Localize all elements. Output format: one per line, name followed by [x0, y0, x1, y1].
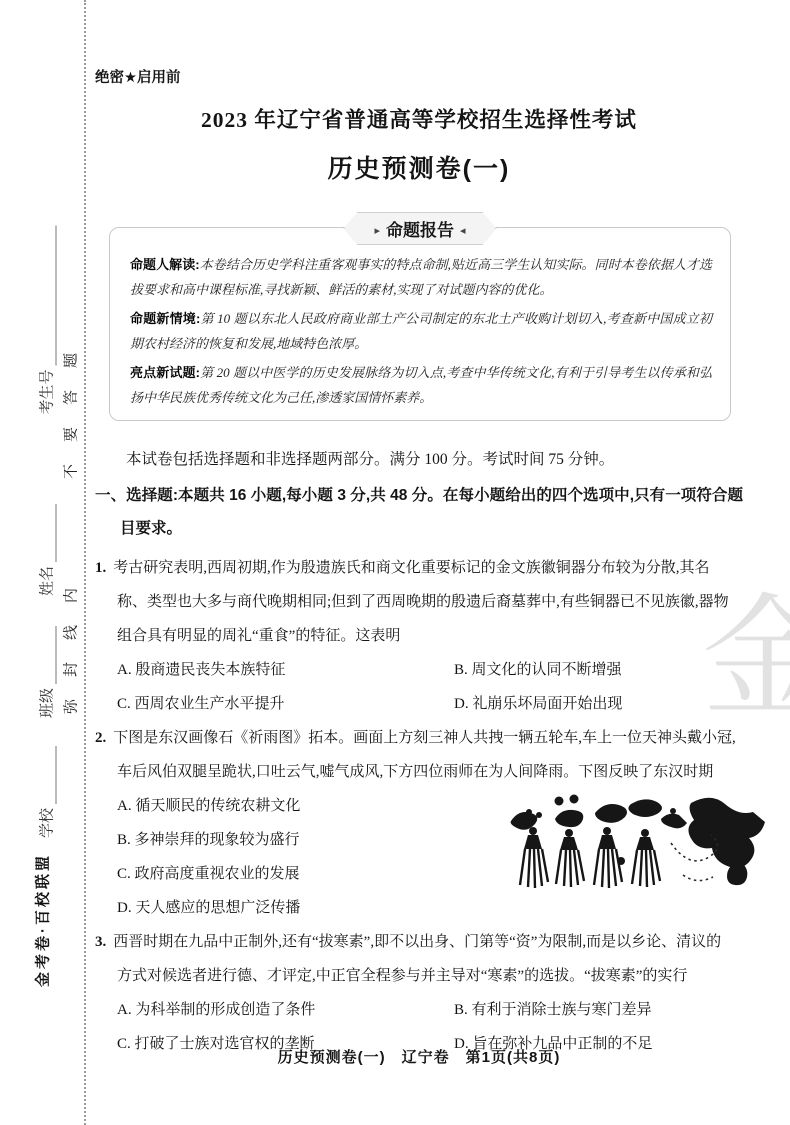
option-c: C. 西周农业生产水平提升	[117, 687, 454, 721]
question-line: 2.下图是东汉画像石《祈雨图》拓本。画面上方刻三神人共拽一辆五轮车,车上一位天神…	[95, 721, 743, 755]
name-label: 姓名	[36, 566, 57, 596]
exam-paper-page: 金 考生号 姓名 班级 学校 不要答题 弥封线内 金考卷·百校联盟 绝密★启用前…	[0, 0, 790, 1125]
option-stack: A. 循天顺民的传统农耕文化 B. 多神崇拜的现象较为盛行 C. 政府高度重视农…	[95, 789, 477, 925]
option-c: C. 政府高度重视农业的发展	[117, 857, 477, 891]
page-footer: 历史预测卷(一) 辽宁卷 第1页(共8页)	[95, 1046, 743, 1067]
question-number: 1.	[95, 560, 106, 576]
secret-label: 绝密★启用前	[95, 66, 743, 87]
main-content: 绝密★启用前 2023 年辽宁省普通高等学校招生选择性考试 历史预测卷(一) ▸…	[95, 0, 743, 1061]
class-field: 班级	[36, 626, 57, 718]
report-lead: 亮点新试题:	[130, 365, 200, 380]
candidate-number-field: 考生号	[36, 225, 57, 414]
name-field: 姓名	[36, 504, 57, 596]
report-lead: 命题人解读:	[130, 257, 200, 272]
report-paragraph: 亮点新试题:第 20 题以中医学的历史发展脉络为切入点,考查中华传统文化,有利于…	[130, 360, 712, 410]
question-line: 车后风伯双腿呈跪状,口吐云气,嘘气成风,下方四位雨师在为人间降雨。下图反映了东汉…	[95, 755, 743, 789]
question-line: 1.考古研究表明,西周初期,作为殷遗族氏和商文化重要标记的金文族徽铜器分布较为分…	[95, 551, 743, 585]
class-label: 班级	[36, 688, 57, 718]
exam-intro: 本试卷包括选择题和非选择题两部分。满分 100 分。考试时间 75 分钟。	[95, 447, 743, 469]
question-line: 组合具有明显的周礼“重食”的特征。这表明	[95, 619, 743, 653]
option-row: C. 西周农业生产水平提升 D. 礼崩乐坏局面开始出现	[95, 687, 743, 721]
field-blank-line	[55, 746, 57, 804]
option-a: A. 为科举制的形成创造了条件	[117, 993, 454, 1027]
field-blank-line	[55, 225, 57, 365]
question-2: 2.下图是东汉画像石《祈雨图》拓本。画面上方刻三神人共拽一辆五轮车,车上一位天神…	[95, 721, 743, 925]
report-paragraph: 命题新情境:第 10 题以东北人民政府商业部土产公司制定的东北土产收购计划切入,…	[130, 306, 712, 356]
badge-left-arrow-icon: ▸	[368, 225, 386, 237]
option-d: D. 天人感应的思想广泛传播	[117, 891, 477, 925]
candidate-number-label: 考生号	[36, 369, 57, 414]
seal-warning-upper: 不要答题	[60, 331, 81, 479]
option-a: A. 殷商遗民丧失本族特征	[117, 653, 454, 687]
exam-title: 2023 年辽宁省普通高等学校招生选择性考试	[95, 103, 743, 134]
seal-warning-lower: 弥封线内	[60, 566, 81, 714]
option-b: B. 周文化的认同不断增强	[454, 653, 622, 687]
paper-title: 历史预测卷(一)	[95, 149, 743, 185]
field-blank-line	[55, 504, 57, 562]
question-line: 称、类型也大多与商代晚期相同;但到了西周晚期的殷遗后裔墓葬中,有些铜器已不见族徽…	[95, 585, 743, 619]
report-text: 第 20 题以中医学的历史发展脉络为切入点,考查中华传统文化,有利于引导考生以传…	[130, 365, 712, 405]
section1-header: 一、选择题:本题共 16 小题,每小题 3 分,共 48 分。在每小题给出的四个…	[95, 479, 743, 545]
option-b: B. 多神崇拜的现象较为盛行	[117, 823, 477, 857]
badge-right-arrow-icon: ◂	[454, 225, 472, 237]
question-line: 方式对候选者进行德、才评定,中正官全程参与并主导对“寒素”的选拔。“拔寒素”的实…	[95, 959, 743, 993]
option-b: B. 有利于消除士族与寒门差异	[454, 993, 652, 1027]
report-badge-label: 命题报告	[386, 221, 454, 240]
question-3: 3.西晋时期在九品中正制外,还有“拔寒素”,即不以出身、门第等“资”为限制,而是…	[95, 925, 743, 1061]
question-number: 3.	[95, 934, 106, 950]
report-lead: 命题新情境:	[130, 311, 200, 326]
report-text: 本卷结合历史学科注重客观事实的特点命制,贴近高三学生认知实际。同时本卷依据人才选…	[130, 257, 712, 297]
option-d: D. 礼崩乐坏局面开始出现	[454, 687, 622, 721]
publisher-brand: 金考卷·百校联盟	[32, 853, 53, 987]
question-text: 考古研究表明,西周初期,作为殷遗族氏和商文化重要标记的金文族徽铜器分布较为分散,…	[113, 560, 709, 576]
question-number: 2.	[95, 730, 106, 746]
field-blank-line	[55, 626, 57, 684]
qiyutu-rubbing-image	[503, 791, 769, 895]
report-paragraph: 命题人解读:本卷结合历史学科注重客观事实的特点命制,贴近高三学生认知实际。同时本…	[130, 252, 712, 302]
report-badge: ▸命题报告◂	[343, 212, 496, 245]
school-label: 学校	[36, 808, 57, 838]
seal-dotted-line	[84, 0, 86, 1125]
option-row: A. 为科举制的形成创造了条件 B. 有利于消除士族与寒门差异	[95, 993, 743, 1027]
question-text: 西晋时期在九品中正制外,还有“拔寒素”,即不以出身、门第等“资”为限制,而是以乡…	[113, 934, 721, 950]
report-text: 第 10 题以东北人民政府商业部土产公司制定的东北土产收购计划切入,考查新中国成…	[130, 311, 712, 351]
option-row: A. 殷商遗民丧失本族特征 B. 周文化的认同不断增强	[95, 653, 743, 687]
school-field: 学校	[36, 746, 57, 838]
question-text: 下图是东汉画像石《祈雨图》拓本。画面上方刻三神人共拽一辆五轮车,车上一位天神头戴…	[113, 730, 736, 746]
question-1: 1.考古研究表明,西周初期,作为殷遗族氏和商文化重要标记的金文族徽铜器分布较为分…	[95, 551, 743, 721]
option-a: A. 循天顺民的传统农耕文化	[117, 789, 477, 823]
question-line: 3.西晋时期在九品中正制外,还有“拔寒素”,即不以出身、门第等“资”为限制,而是…	[95, 925, 743, 959]
proposition-report-box: ▸命题报告◂ 命题人解读:本卷结合历史学科注重客观事实的特点命制,贴近高三学生认…	[109, 227, 731, 421]
